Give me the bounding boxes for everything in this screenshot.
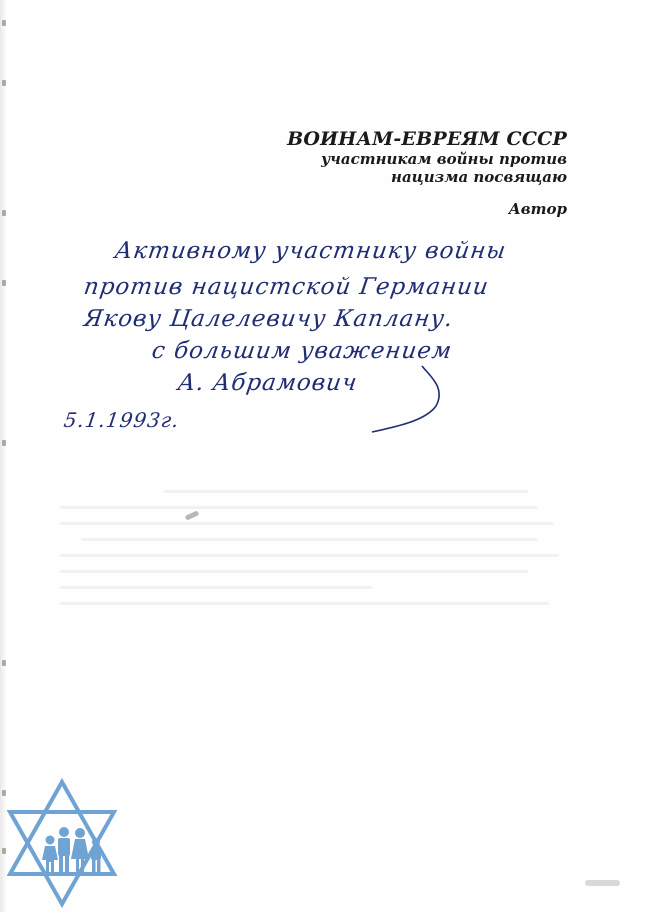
star-of-david-family-icon [0, 770, 125, 912]
bleed-through-text [60, 490, 580, 640]
signature: А. Абрамович [176, 370, 359, 396]
inscription-line: Активному участнику войны [113, 238, 508, 264]
signature-flourish-icon [360, 358, 450, 438]
inscription-line: Якову Цалелевичу Каплану. [82, 306, 455, 332]
inscription-line: против нацистской Германии [82, 274, 490, 300]
inscription-date: 5.1.1993г. [62, 408, 181, 432]
book-page: ВОИНАМ-ЕВРЕЯМ СССР участникам войны прот… [0, 0, 655, 912]
paper-smudge [585, 880, 620, 886]
